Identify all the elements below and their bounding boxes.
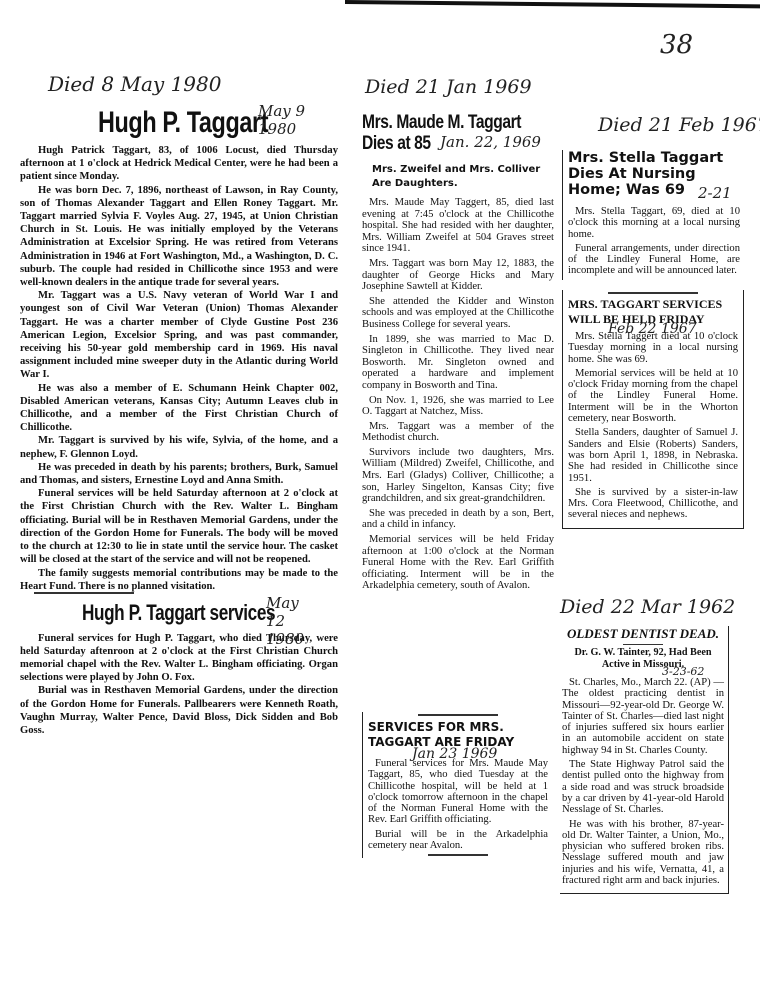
paragraph: Hugh Patrick Taggart, 83, of 1006 Locust… [20, 144, 338, 184]
paragraph: The State Highway Patrol said the dentis… [562, 759, 724, 815]
paragraph: He was preceded in death by his parents;… [20, 461, 338, 487]
handwritten-death-note: Died 21 Feb 1967 [598, 114, 760, 136]
article-body: St. Charles, Mo., March 22. (AP) — The o… [562, 677, 724, 886]
paragraph: Survivors include two daughters, Mrs. Wi… [362, 447, 554, 505]
paragraph: He was born Dec. 7, 1896, northeast of L… [20, 184, 338, 290]
paragraph: On Nov. 1, 1926, she was married to Lee … [362, 395, 554, 418]
handwritten-date: May 9 1980 [258, 102, 328, 138]
clipping-stella-taggart-obituary: Mrs. Stella Taggart Dies At Nursing Home… [562, 150, 740, 280]
headline-line-1: Mrs. Maude M. Taggart [362, 112, 519, 133]
article-body: Funeral services for Mrs. Maude May Tagg… [368, 758, 548, 851]
paragraph: He was also a member of E. Schumann Hein… [20, 382, 338, 435]
article-body: Mrs. Stella Taggart, 69, died at 10 o'cl… [568, 206, 740, 277]
subheadline: Mrs. Zweifel and Mrs. Colliver Are Daugh… [362, 155, 554, 197]
headline: Hugh P. Taggart [98, 106, 268, 140]
paragraph: Mrs. Taggart was born May 12, 1883, the … [362, 258, 554, 293]
paragraph: Burial was in Resthaven Memorial Gardens… [20, 684, 338, 737]
clipping-hugh-taggart-services: Hugh P. Taggart services May 12 1980 Fun… [20, 592, 338, 737]
paragraph: Mrs. Stella Taggart, 69, died at 10 o'cl… [568, 206, 740, 240]
divider [608, 292, 698, 294]
paragraph: Memorial services will be held Friday af… [362, 534, 554, 592]
handwritten-date: 3-23-62 [662, 665, 704, 678]
clipping-maude-taggart-services: Services for Mrs. Taggart Are Friday Jan… [362, 712, 553, 858]
paragraph: He was with his brother, 87-year-old Dr.… [562, 819, 724, 887]
headline: Oldest Dentist Dead. [562, 626, 724, 642]
scan-edge-line [345, 0, 760, 8]
headline: Hugh P. Taggart services [82, 600, 275, 626]
paragraph: Burial will be in the Arkadelphia cemete… [368, 829, 548, 852]
article-body: Hugh Patrick Taggart, 83, of 1006 Locust… [20, 144, 338, 593]
paragraph: Mrs. Maude May Taggert, 85, died last ev… [362, 197, 554, 255]
handwritten-date: May 12 1980 [266, 594, 322, 648]
paragraph: St. Charles, Mo., March 22. (AP) — The o… [562, 677, 724, 756]
article-body: Mrs. Maude May Taggert, 85, died last ev… [362, 197, 554, 592]
paragraph: Mrs. Taggart was a member of the Methodi… [362, 421, 554, 444]
paragraph: Mr. Taggart is survived by his wife, Syl… [20, 434, 338, 460]
paragraph: She is survived by a sister-in-law Mrs. … [568, 487, 738, 521]
paragraph: The family suggests memorial contributio… [20, 567, 338, 593]
handwritten-date: Jan 23 1969 [412, 746, 497, 762]
divider [428, 854, 488, 856]
paragraph: Funeral services will be held Saturday a… [20, 487, 338, 566]
handwritten-death-note: Died 22 Mar 1962 [560, 596, 735, 618]
paragraph: She attended the Kidder and Winston scho… [362, 296, 554, 331]
paragraph: Memorial services will be held at 10 o'c… [568, 368, 738, 424]
paragraph: Funeral services for Mrs. Maude May Tagg… [368, 758, 548, 826]
paragraph: Stella Sanders, daughter of Samuel J. Sa… [568, 427, 738, 483]
clipping-dentist-obituary: Oldest Dentist Dead. Dr. G. W. Tainter, … [560, 626, 729, 894]
clipping-stella-taggart-services: Mrs. Taggart Services Will Be Held Frida… [562, 290, 744, 529]
paragraph: Funeral arrangements, under direction of… [568, 243, 740, 277]
handwritten-date: Feb 22 1967 [608, 321, 697, 337]
handwritten-date: Jan. 22, 1969 [440, 133, 541, 151]
clipping-maude-taggart-obituary: Mrs. Maude M. Taggart Dies at 85 Jan. 22… [362, 112, 554, 595]
handwritten-death-note: Died 8 May 1980 [48, 72, 221, 96]
handwritten-date: 2-21 [698, 184, 732, 202]
paragraph: She was preceded in death by a son, Bert… [362, 508, 554, 531]
divider [418, 714, 498, 716]
handwritten-death-note: Died 21 Jan 1969 [365, 76, 532, 98]
paragraph: In 1899, she was married to Mac D. Singl… [362, 334, 554, 392]
clipping-hugh-taggart-obituary: Hugh P. Taggart May 9 1980 Hugh Patrick … [20, 98, 338, 593]
paragraph: Mr. Taggart was a U.S. Navy veteran of W… [20, 289, 338, 381]
handwritten-page-number: 38 [660, 30, 693, 60]
article-body: Mrs. Stella Taggert died at 10 o'clock T… [568, 331, 738, 521]
divider [623, 644, 663, 645]
